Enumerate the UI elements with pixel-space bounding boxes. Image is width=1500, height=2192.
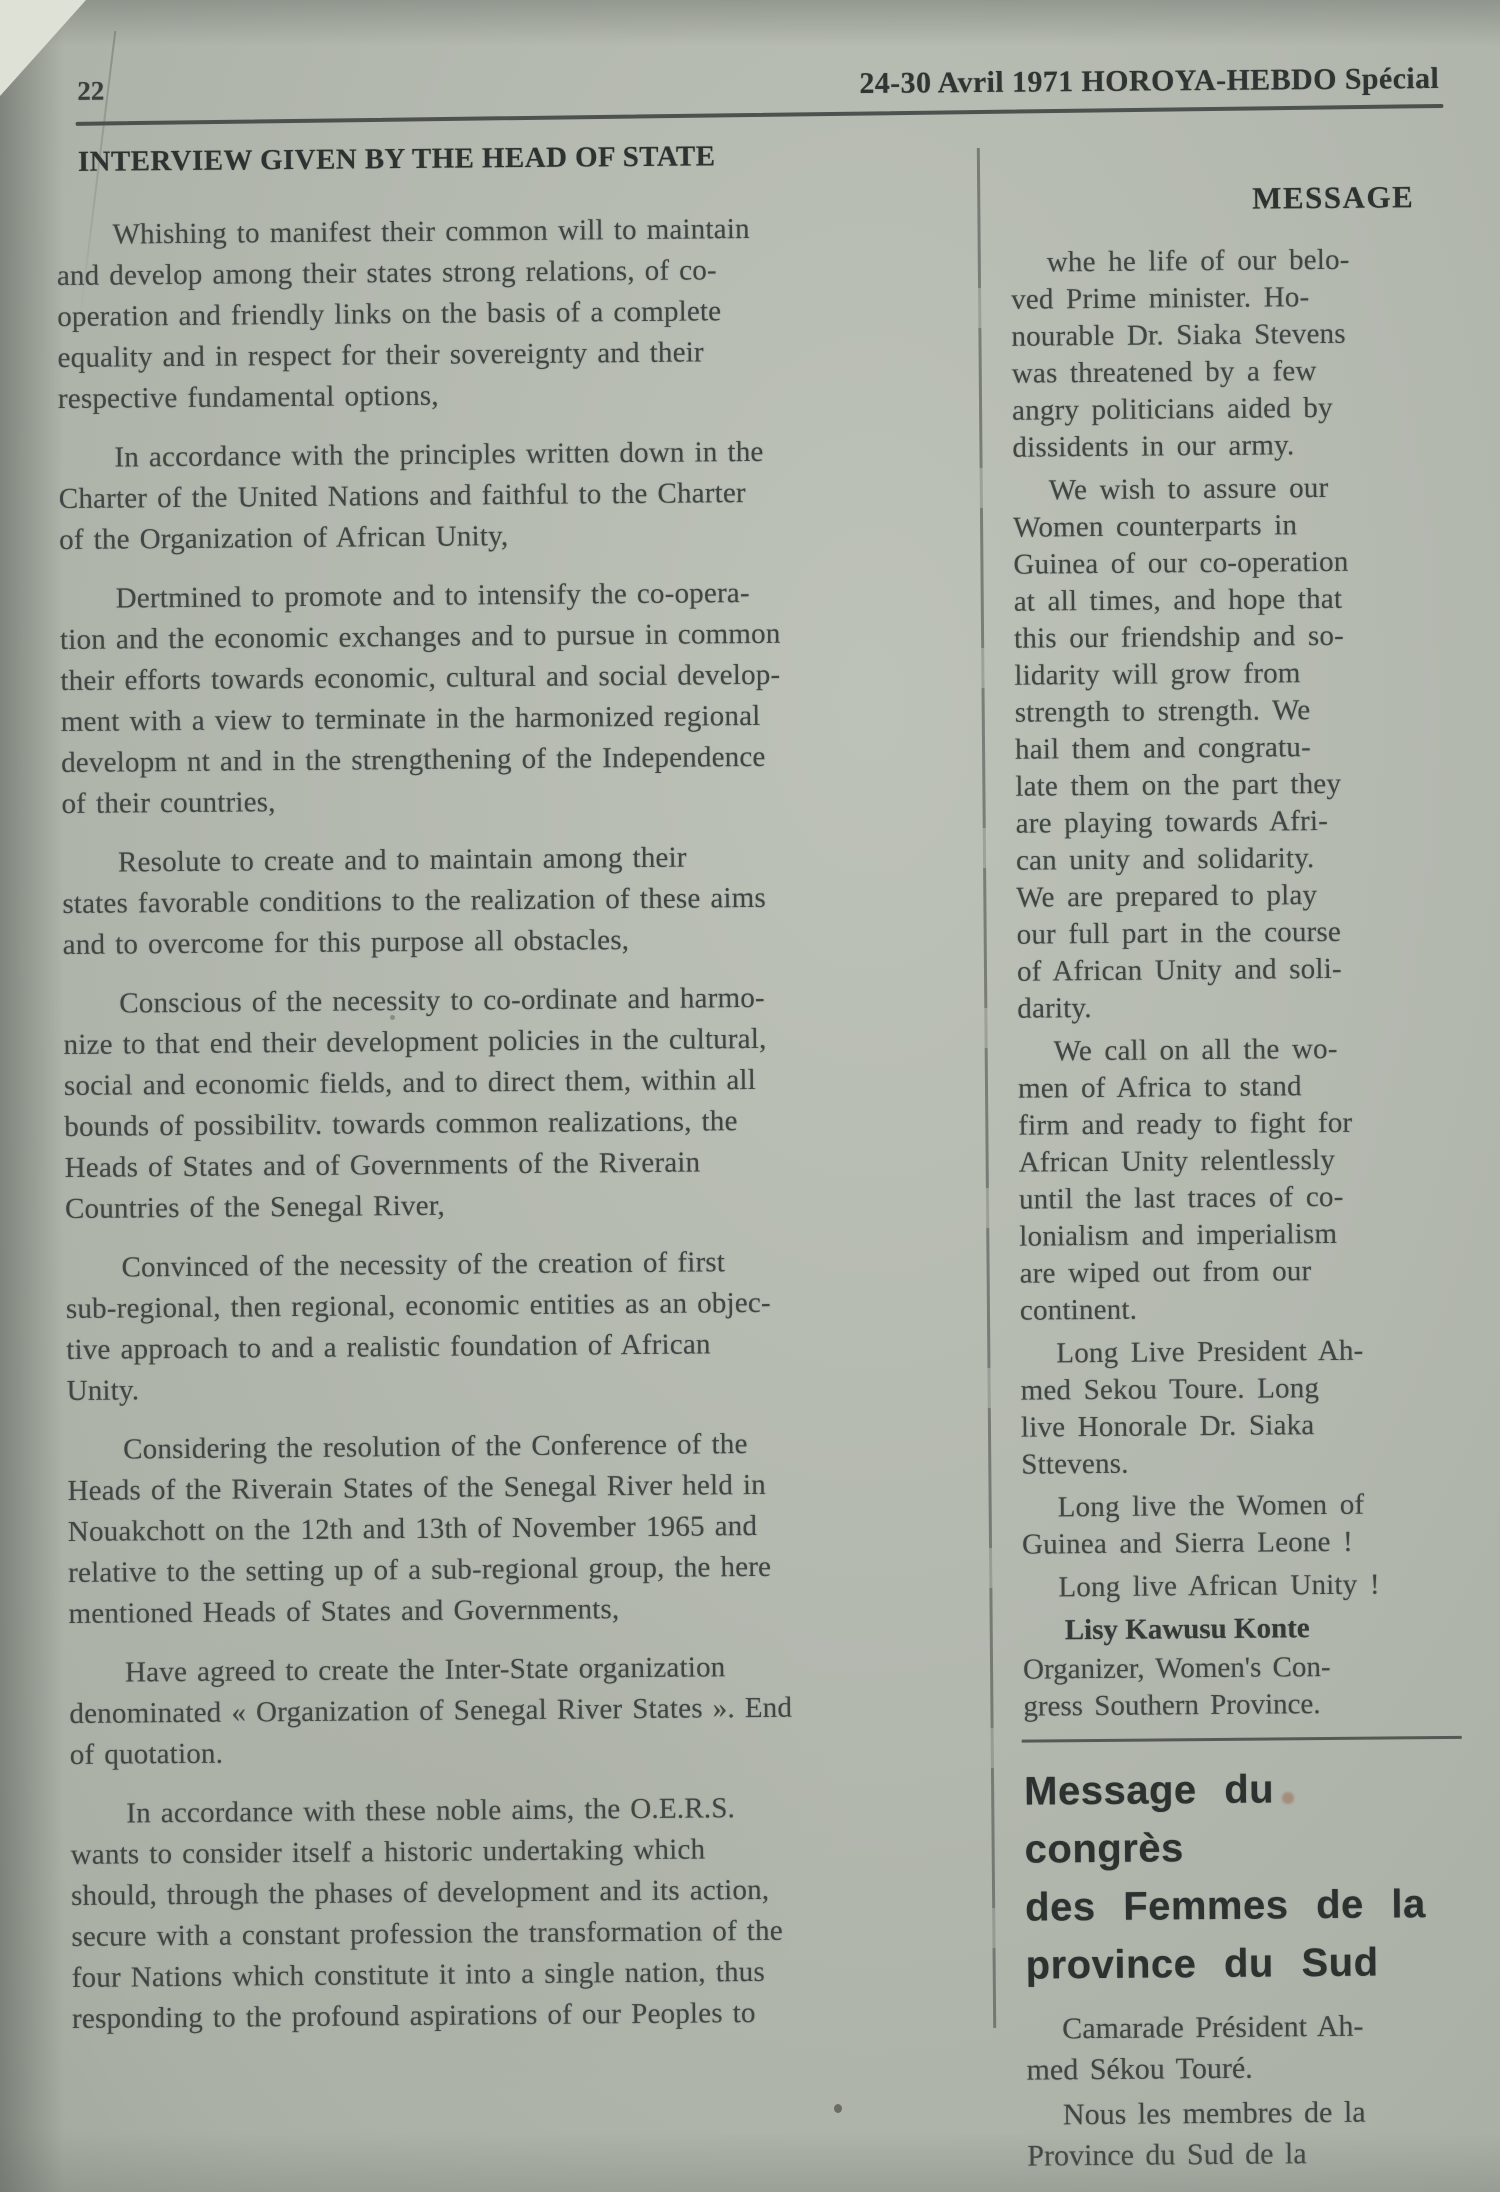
scan-shadow-bottom <box>0 2132 1500 2192</box>
message-paragraph: We call on all the wo- men of Africa to … <box>1018 1030 1457 1330</box>
paper-stain <box>1282 1792 1294 1804</box>
newspaper-page: 22 24-30 Avril 1971 HOROYA-HEBDO Spécial… <box>0 0 1500 2192</box>
header-rule <box>76 104 1444 126</box>
interview-article: INTERVIEW GIVEN BY THE HEAD OF STATE Whi… <box>56 138 977 2040</box>
french-paragraph: Camarade Président Ah- med Sékou Touré. <box>1026 2005 1463 2091</box>
scanned-content: 22 24-30 Avril 1971 HOROYA-HEBDO Spécial… <box>0 0 1500 2192</box>
article-paragraph: Whishing to manifest their common will t… <box>56 207 963 420</box>
message-paragraph: Long live the Women of Guinea and Sierra… <box>1022 1486 1459 1564</box>
article-headline: INTERVIEW GIVEN BY THE HEAD OF STATE <box>78 138 961 179</box>
article-paragraph: Resolute to create and to maintain among… <box>62 835 968 966</box>
article-paragraph: Have agreed to create the Inter-State or… <box>69 1645 975 1776</box>
scan-shadow-left <box>0 0 64 2192</box>
article-paragraph: Conscious of the necessity to co-ordinat… <box>63 976 970 1230</box>
paper-speck <box>834 2104 842 2113</box>
section-rule <box>1022 1736 1462 1743</box>
message-paragraph: Long live African Unity ! <box>1022 1566 1458 1607</box>
scan-shadow-top <box>0 0 1500 46</box>
article-paragraph: Considering the resolution of the Confer… <box>67 1422 974 1635</box>
signature-name: Lisy Kawusu Konte <box>1023 1609 1459 1650</box>
message-headline: MESSAGE <box>1010 179 1446 219</box>
article-paragraph: Convinced of the necessity of the creati… <box>65 1240 971 1412</box>
page-number: 22 <box>77 76 104 107</box>
article-paragraph: In accordance with these noble aims, the… <box>70 1786 977 2040</box>
message-paragraph: Long Live President Ah- med Sekou Toure.… <box>1020 1332 1457 1484</box>
message-article: MESSAGE whe he life of our belo- ved Pri… <box>1010 179 1463 2177</box>
message-paragraph: We wish to assure our Women counterparts… <box>1013 469 1454 1028</box>
article-paragraph: In accordance with the principles writte… <box>58 430 964 561</box>
signature-role: Organizer, Women's Con- gress Southern P… <box>1023 1648 1460 1726</box>
paper-speck <box>390 1015 395 1020</box>
message-paragraph: whe he life of our belo- ved Prime minis… <box>1011 241 1449 467</box>
article-paragraph: Dertmined to promote and to intensify th… <box>60 571 967 825</box>
french-section-headline: Message du congrès des Femmes de la prov… <box>1024 1759 1462 1995</box>
column-divider <box>977 148 996 2028</box>
edition-header: 24-30 Avril 1971 HOROYA-HEBDO Spécial <box>859 62 1439 101</box>
page-header: 22 24-30 Avril 1971 HOROYA-HEBDO Spécial <box>77 62 1439 108</box>
